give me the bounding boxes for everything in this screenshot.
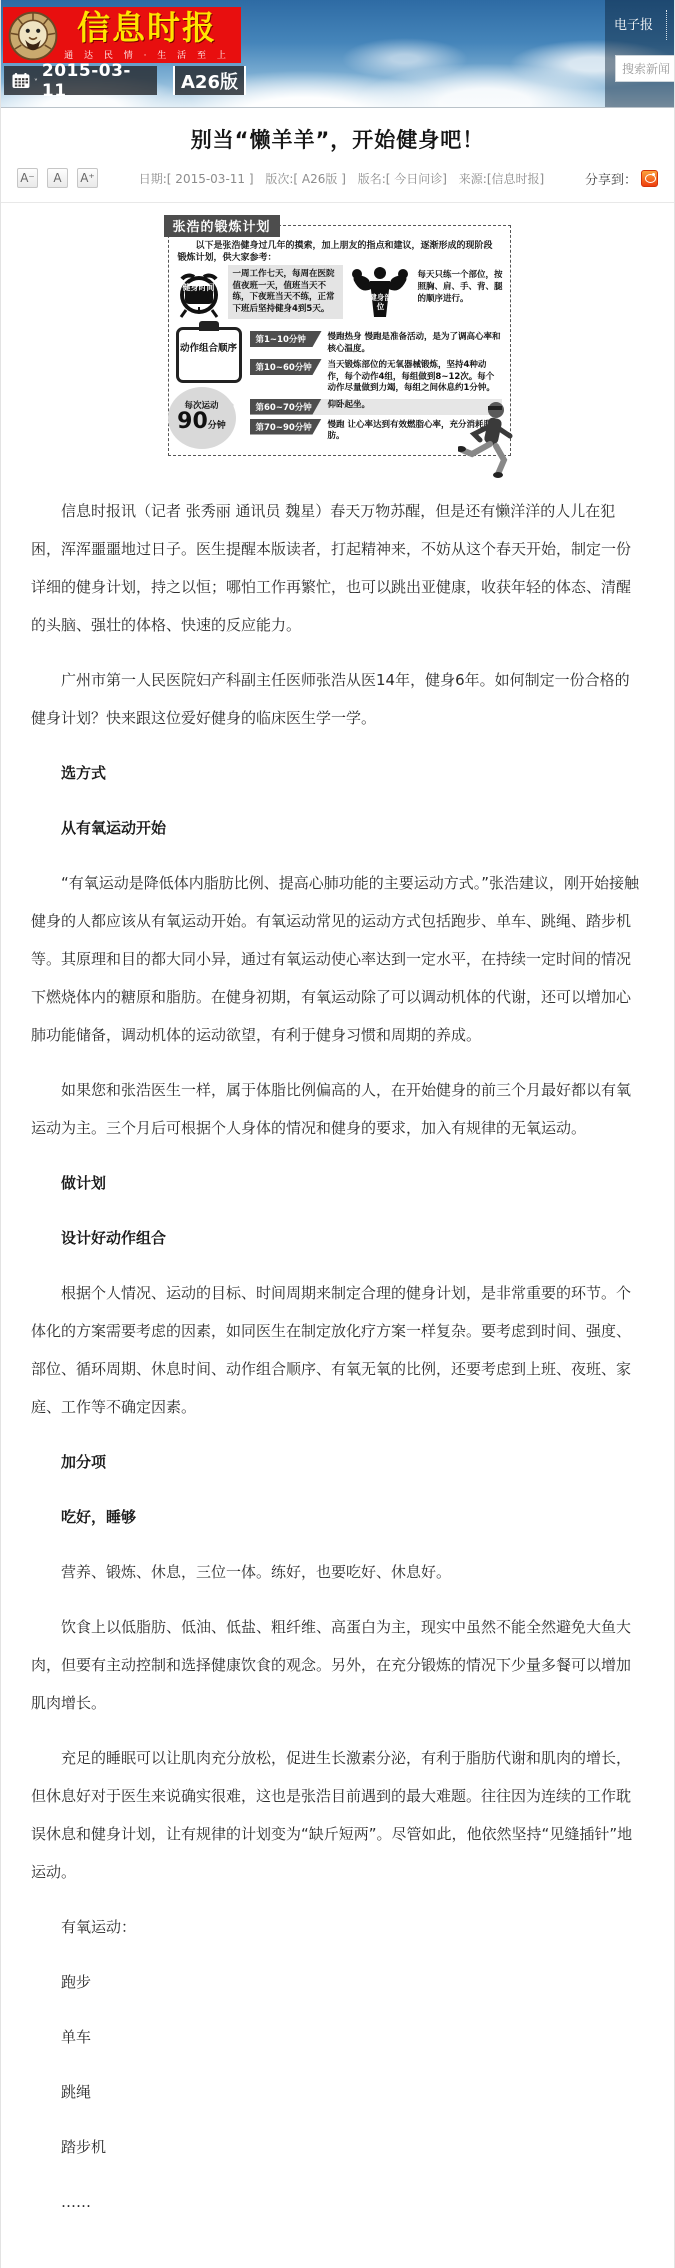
logo-title: 信息时报 xyxy=(59,11,235,45)
header-right-panel: 电子报 xyxy=(605,0,674,108)
page: 信息时报 通 达 民 情 · 生 活 至 上 ˅ 2015-03-11 A26版 xyxy=(0,0,675,2268)
epaper-link[interactable]: 电子报 xyxy=(614,14,653,33)
article-paragraph: 踏步机 xyxy=(31,2128,644,2166)
section-heading: 做计划 xyxy=(31,1164,644,1202)
schedule-time-chip: 第60~70分钟 xyxy=(250,399,322,415)
dotted-divider xyxy=(666,10,667,40)
font-larger-button[interactable]: A⁺ xyxy=(77,168,98,188)
schedule-text: 当天锻炼部位的无氧器械锻炼，坚持4种动作，每个动作4组，每组做到8~12次。每个… xyxy=(328,359,502,395)
part-icon-label: 健身部位 xyxy=(368,293,394,311)
article-paragraph: 有氧运动： xyxy=(31,1908,644,1946)
article-paragraph: 跳绳 xyxy=(31,2073,644,2111)
article-paragraph: 营养、锻炼、休息，三位一体。练好，也要吃好、休息好。 xyxy=(31,1553,644,1591)
schedule-text: 慢跑热身 慢跑是准备活动，是为了调高心率和核心温度。 xyxy=(328,331,502,355)
current-date: 2015-03-11 xyxy=(42,61,149,101)
meta-edition: 版次:[ A26版 ] xyxy=(265,172,346,186)
logo-text: 信息时报 通 达 民 情 · 生 活 至 上 xyxy=(59,11,235,61)
time-icon-label: 健身时间 xyxy=(178,283,220,293)
article-body: 信息时报讯（记者 张秀丽 通讯员 魏星）春天万物苏醒，但是还有懒洋洋的人儿在犯困… xyxy=(1,484,674,2268)
lion-mascot-icon xyxy=(7,10,59,62)
font-size-controls: A⁻ A A⁺ xyxy=(17,168,98,188)
article-paragraph: 广州市第一人民医院妇产科副主任医师张浩从医14年，健身6年。如何制定一份合格的健… xyxy=(31,661,644,737)
part-text: 每天只练一个部位，按照胸、肩、手、背、腿的顺序进行。 xyxy=(418,269,504,305)
exercise-plan-infographic: 张浩的锻炼计划 以下是张浩健身过几年的摸索，加上朋友的指点和建议，逐渐形成的现阶… xyxy=(164,215,512,458)
article-title: 别当“懒羊羊”，开始健身吧！ xyxy=(1,108,674,154)
meta-section: 版名:[ 今日问诊] xyxy=(358,172,447,186)
section-heading: 设计好动作组合 xyxy=(31,1219,644,1257)
edition-badge[interactable]: A26版 xyxy=(173,66,246,95)
duration-value: 90分钟 xyxy=(177,411,226,437)
share-label: 分享到： xyxy=(585,169,637,188)
share-bar: 分享到： xyxy=(585,169,658,188)
article-paragraph: 跑步 xyxy=(31,1963,644,2001)
article-paragraph: 如果您和张浩医生一样，属于体脂比例偏高的人，在开始健身的前三个月最好都以有氧运动… xyxy=(31,1071,644,1147)
infographic-title: 张浩的锻炼计划 xyxy=(164,215,280,237)
schedule-time-chip: 第10~60分钟 xyxy=(250,359,322,375)
font-normal-button[interactable]: A xyxy=(47,168,68,188)
meta-date: 日期:[ 2015-03-11 ] xyxy=(139,172,254,186)
runner-illustration xyxy=(458,400,520,478)
article-paragraph: 根据个人情况、运动的目标、时间周期来制定合理的健身计划，是非常重要的环节。个体化… xyxy=(31,1274,644,1426)
article-paragraph: 单车 xyxy=(31,2018,644,2056)
alarm-clock-icon xyxy=(172,267,226,321)
site-header: 信息时报 通 达 民 情 · 生 活 至 上 ˅ 2015-03-11 A26版 xyxy=(1,0,674,108)
section-heading: 加分项 xyxy=(31,1443,644,1481)
clipboard-icon: 动作组合顺序 xyxy=(176,327,242,383)
font-smaller-button[interactable]: A⁻ xyxy=(17,168,38,188)
calendar-icon xyxy=(12,72,30,89)
weibo-share-icon[interactable] xyxy=(641,170,658,187)
article-paragraph: 饮食上以低脂肪、低油、低盐、粗纤维、高蛋白为主，现实中虽然不能全然避免大鱼大肉，… xyxy=(31,1608,644,1722)
section-heading: 从有氧运动开始 xyxy=(31,809,644,847)
infographic-intro: 以下是张浩健身过几年的摸索，加上朋友的指点和建议，逐渐形成的现阶段锻炼计划，供大… xyxy=(178,240,500,264)
divider xyxy=(1,202,674,203)
schedule-row: 第1~10分钟 慢跑热身 慢跑是准备活动，是为了调高心率和核心温度。 xyxy=(250,331,502,355)
combo-label: 动作组合顺序 xyxy=(179,342,239,355)
article-meta: 日期:[ 2015-03-11 ] 版次:[ A26版 ] 版名:[ 今日问诊]… xyxy=(98,170,585,187)
duration-bubble: 每次运动 90分钟 xyxy=(168,387,236,449)
logo-tagline: 通 达 民 情 · 生 活 至 上 xyxy=(59,48,235,61)
schedule-text: 仰卧起坐。 xyxy=(328,399,371,412)
meta-source: 来源:[信息时报] xyxy=(459,172,544,186)
article-paragraph: 充足的睡眠可以让肌肉充分放松，促进生长激素分泌，有利于脂肪代谢和肌肉的增长，但休… xyxy=(31,1739,644,1891)
schedule-time-chip: 第1~10分钟 xyxy=(250,331,322,347)
article-paragraph: 信息时报讯（记者 张秀丽 通讯员 魏星）春天万物苏醒，但是还有懒洋洋的人儿在犯困… xyxy=(31,492,644,644)
date-picker[interactable]: ˅ 2015-03-11 xyxy=(4,66,157,95)
schedule-time-chip: 第70~90分钟 xyxy=(250,419,322,435)
chevron-down-icon: ˅ xyxy=(34,78,38,87)
edition-label: A26版 xyxy=(181,68,238,94)
time-text: 一周工作七天，每周在医院值夜班一天，值班当天不练，下夜班当天不练，正常下班后坚持… xyxy=(228,265,343,319)
site-logo[interactable]: 信息时报 通 达 民 情 · 生 活 至 上 xyxy=(3,7,241,63)
section-heading: 吃好，睡够 xyxy=(31,1498,644,1536)
article-paragraph: “有氧运动是降低体内脂肪比例、提高心肺功能的主要运动方式。”张浩建议，刚开始接触… xyxy=(31,864,644,1054)
section-heading: 选方式 xyxy=(31,754,644,792)
schedule-row: 第10~60分钟 当天锻炼部位的无氧器械锻炼，坚持4种动作，每个动作4组，每组做… xyxy=(250,359,502,395)
article-paragraph: …… xyxy=(31,2183,644,2221)
article-toolbar: A⁻ A A⁺ 日期:[ 2015-03-11 ] 版次:[ A26版 ] 版名… xyxy=(1,154,674,198)
search-input[interactable] xyxy=(615,55,674,82)
article: 别当“懒羊羊”，开始健身吧！ A⁻ A A⁺ 日期:[ 2015-03-11 ]… xyxy=(1,108,674,2268)
